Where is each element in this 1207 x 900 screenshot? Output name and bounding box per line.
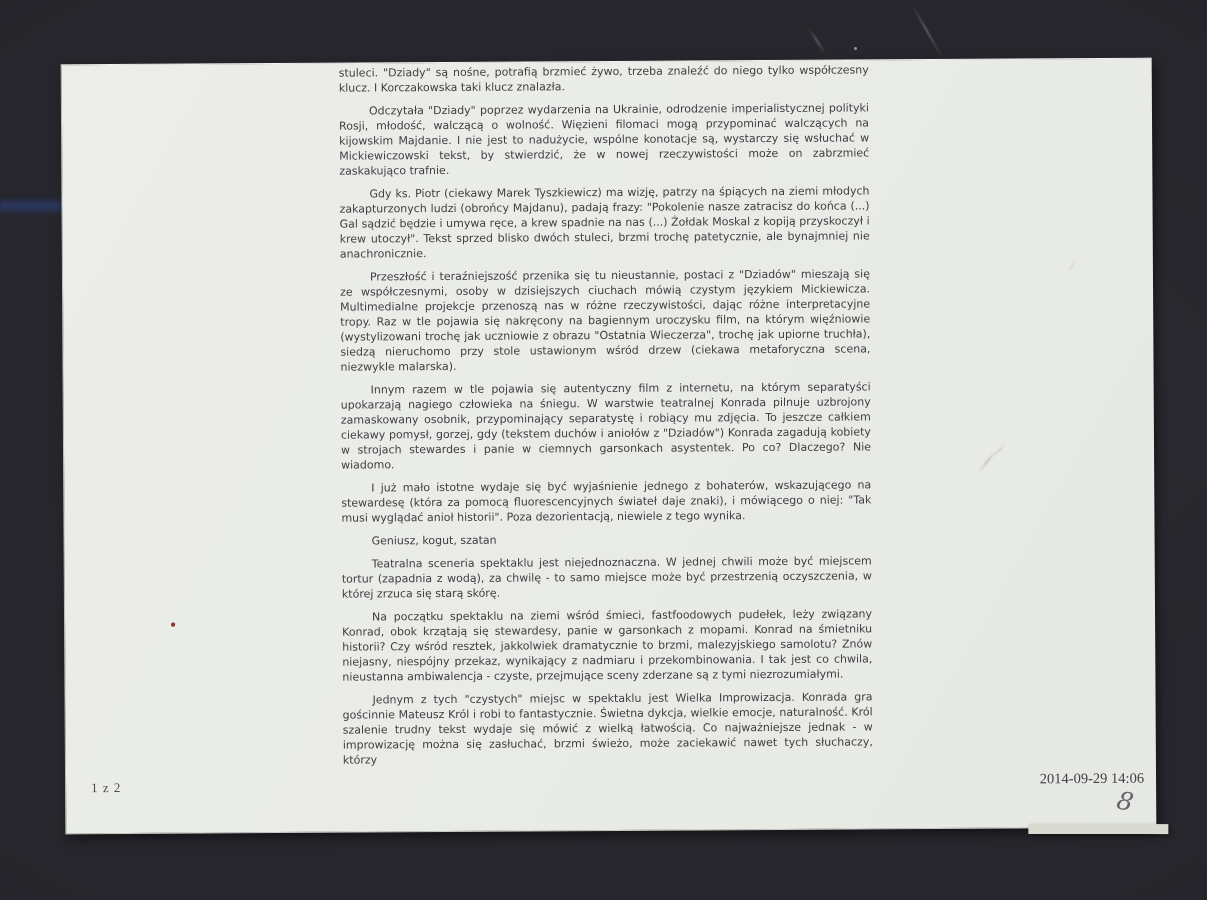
- paragraph: Gdy ks. Piotr (ciekawy Marek Tyszkiewicz…: [339, 183, 869, 261]
- scratch-mark: [808, 28, 826, 54]
- paragraph: Teatralna sceneria spektaklu jest niejed…: [342, 553, 872, 601]
- scanned-page: stuleci. "Dziady" są nośne, potrafią brz…: [61, 58, 1157, 835]
- paragraph: I już mało istotne wydaje się być wyjaśn…: [341, 477, 871, 525]
- paragraph: Jednym z tych "czystych" miejsc w spekta…: [343, 689, 873, 767]
- scanner-background: stuleci. "Dziady" są nośne, potrafią brz…: [0, 0, 1207, 900]
- paragraph: Przeszłość i teraźniejszość przenika się…: [340, 266, 871, 374]
- pencil-smudge: [1067, 260, 1077, 273]
- handwritten-page-number: 8: [1114, 785, 1136, 817]
- ink-speck: [171, 623, 175, 627]
- paragraph-continuation: stuleci. "Dziady" są nośne, potrafią brz…: [339, 62, 869, 95]
- underlying-sheet-edge: [1028, 824, 1168, 834]
- scanner-light-band: [0, 196, 66, 216]
- print-timestamp: 2014-09-29 14:06: [1040, 771, 1144, 789]
- paragraph: Odczytała "Dziady" poprzez wydarzenia na…: [339, 100, 869, 178]
- section-subheading: Geniusz, kogut, szatan: [342, 530, 872, 548]
- article-text: stuleci. "Dziady" są nośne, potrafią brz…: [339, 62, 873, 775]
- dust-speck: [854, 47, 857, 50]
- paragraph: Innym razem w tle pojawia się autentyczn…: [341, 379, 872, 472]
- page-indicator: 1 z 2: [91, 780, 121, 796]
- paragraph: Na początku spektaklu na ziemi wśród śmi…: [342, 606, 872, 684]
- scratch-mark: [911, 4, 944, 59]
